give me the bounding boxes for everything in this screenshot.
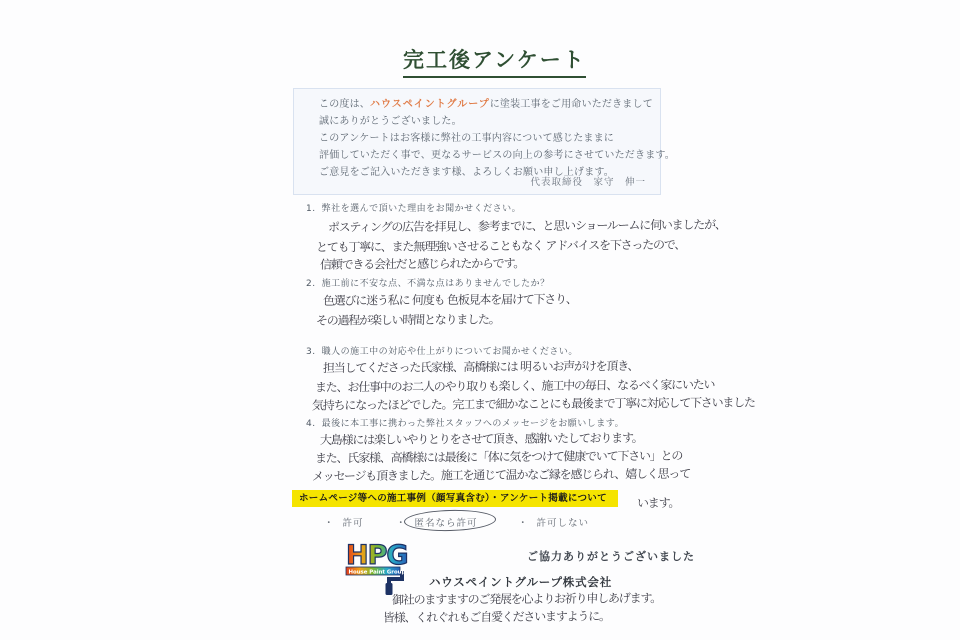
question-3-answer-line: 気持ちになったほどでした。完工まで細かなことにも最後まで丁寧に対応して下さいまし… <box>312 393 755 413</box>
question-2-answer-line: その過程が楽しい時間となりました。 <box>316 310 500 328</box>
option-deny: ・許可しない <box>518 515 589 529</box>
question-4-answer-line: 大島様には楽しいやりとりをさせて頂き、感謝いたしております。 <box>320 429 643 448</box>
intro-box: この度は、ハウスペイントグループに塗装工事をご用命いただきまして 誠にありがとう… <box>293 88 661 195</box>
scanned-survey-page: 完工後アンケート この度は、ハウスペイントグループに塗装工事をご用命いただきまし… <box>0 0 960 640</box>
closing-message-line: 皆様、くれぐれもご自愛くださいますように。 <box>383 607 610 626</box>
option-permit: ・許可 <box>324 515 364 529</box>
closing-message-line: 御社のますますのご発展を心よりお祈り申しあげます。 <box>392 589 662 608</box>
question-2-label: 2.施工前に不安な点、不満な点はありませんでしたか？ <box>306 276 550 289</box>
logo-subtext: House Paint Group <box>349 569 406 575</box>
question-3-label: 3.職人の施工中の対応や仕上がりについてお聞かせください。 <box>306 344 578 357</box>
question-4-answer-line: また、氏家様、高橋様には最後に「体に気をつけて健康でいて下さい」との <box>315 447 683 467</box>
hpg-logo-graphic: HPG House Paint Group <box>344 539 410 597</box>
ceo-signature: 代表取締役 家守 伸一 <box>530 174 646 188</box>
question-1-answer-line: 信頼できる会社だと感じられたからです。 <box>320 254 525 272</box>
question-3-answer-line: 担当してくださった氏家様、高橋様には 明るいお声がけを頂き、 <box>323 357 639 376</box>
question-2-answer-line: 色選びに迷う私に 何度も 色板見本を届けて下さり、 <box>323 290 577 309</box>
question-1-answer-line: とても丁寧に、また無理強いさせることもなく アドバイスを下さったので、 <box>316 236 686 256</box>
handwritten-circle-selection <box>404 509 497 532</box>
logo-letters: HPG <box>346 540 408 571</box>
publish-consent-heading: ホームページ等への施工事例（顔写真含む）・アンケート掲載について <box>292 490 618 507</box>
question-1-answer-line: ポスティングの広告を拝見し、参考までに、と思いショールームに伺いましたが、 <box>328 216 726 236</box>
bullet-icon: ・ <box>518 518 529 529</box>
thanks-text: ご協力ありがとうございました <box>527 548 695 564</box>
question-4-answer-overflow: います。 <box>637 494 680 511</box>
brand-name: ハウスペイントグループ <box>370 99 490 110</box>
intro-line-4: 評価していただく事で、更なるサービスの向上の参考にさせていただきます。 <box>319 147 650 164</box>
question-4-label: 4.最後に本工事に携わった弊社スタッフへのメッセージをお願いします。 <box>306 416 624 429</box>
company-name: ハウスペイントグループ株式会社 <box>429 574 612 590</box>
bullet-icon: ・ <box>324 518 335 529</box>
question-3-answer-line: また、お仕事中のお二人のやり取りも楽しく、施工中の毎日、なるべく家にいたい <box>315 376 715 396</box>
question-4-answer-line: メッセージも頂きました。施工を通じて温かなご縁を感じられ、嬉しく思って <box>312 465 690 485</box>
intro-line-3: このアンケートはお客様に弊社の工事内容について感じたままに <box>319 130 650 147</box>
page-title: 完工後アンケート <box>403 44 586 78</box>
question-1-label: 1.弊社を選んで頂いた理由をお聞かせください。 <box>306 201 521 214</box>
intro-line-1: この度は、ハウスペイントグループに塗装工事をご用命いただきまして <box>319 96 650 113</box>
intro-line-2: 誠にありがとうございました。 <box>319 113 650 130</box>
